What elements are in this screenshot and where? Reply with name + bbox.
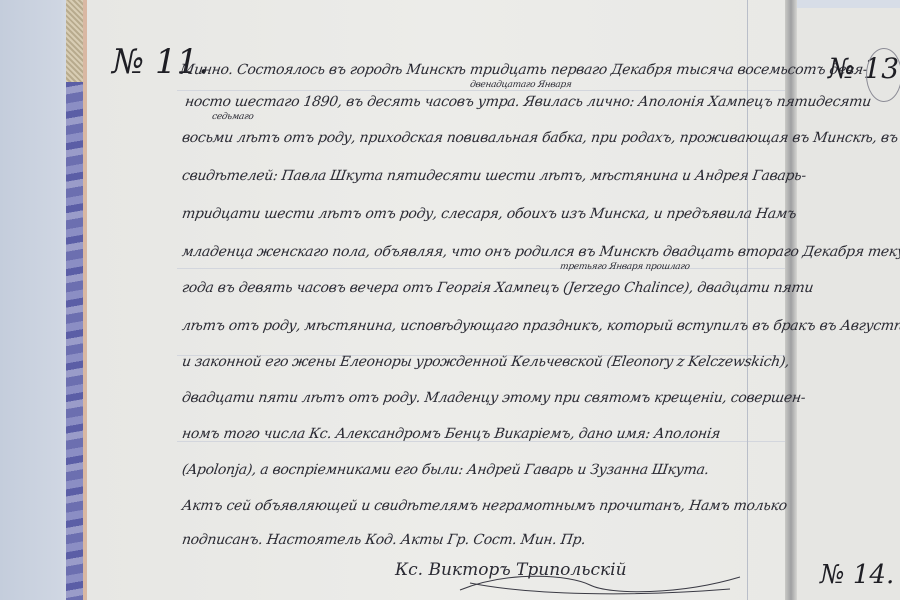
- record-line-14: подписанъ. Настоятель Код. Акты Гр. Сост…: [181, 532, 587, 548]
- record-line-9: и законной его жены Елеоноры урожденной …: [181, 354, 791, 370]
- interlinear-note: седьмаго: [211, 112, 254, 122]
- right-entry-number-bottom: № 14.: [820, 560, 894, 590]
- record-line-4: свидѣтелей: Павла Шкута пятидесяти шести…: [181, 168, 807, 184]
- interlinear-note: третьяго Января прошлаго: [559, 262, 690, 272]
- record-line-12: (Apolonja), а воспріемниками его были: А…: [181, 462, 710, 478]
- page-gutter: [785, 0, 797, 600]
- record-line-8: лѣтъ отъ роду, мѣстянина, исповѣдующаго …: [181, 318, 900, 334]
- record-line-2: носто шестаго 1890, въ десять часовъ утр…: [184, 94, 872, 110]
- ruled-line: [177, 90, 837, 91]
- interlinear-note: двенадцатаго Января: [469, 80, 572, 90]
- record-line-6: младенца женскаго пола, объявляя, что он…: [181, 244, 900, 260]
- record-line-10: двадцати пяти лѣтъ отъ роду. Младенцу эт…: [181, 390, 806, 406]
- record-line-7: года въ девять часовъ вечера отъ Георгія…: [181, 280, 814, 296]
- book-spine-cloth: [66, 0, 83, 82]
- record-line-5: тридцати шести лѣтъ отъ роду, слесаря, о…: [181, 206, 797, 222]
- record-line-3: восьми лѣтъ отъ роду, приходская повивал…: [181, 130, 900, 146]
- signature-flourish: [450, 565, 750, 600]
- record-line-13: Актъ сей объявляющей и свидѣтелямъ негра…: [181, 498, 788, 514]
- ruled-line: [177, 268, 837, 269]
- record-line-1: Минно. Состоялось въ городѣ Минскѣ тридц…: [179, 62, 869, 78]
- book-spine-marbled: [66, 0, 83, 600]
- record-line-11: номъ того числа Кс. Александромъ Бенцъ В…: [181, 426, 721, 442]
- number-circle-mark: [866, 48, 900, 102]
